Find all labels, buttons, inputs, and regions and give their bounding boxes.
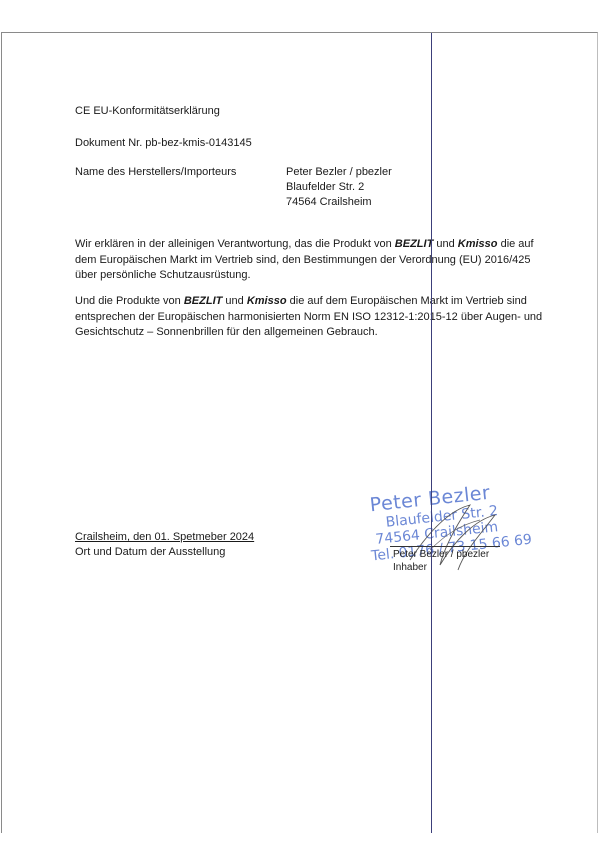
manufacturer-label: Name des Herstellers/Importeurs <box>75 165 236 179</box>
signer-name: Peter Bezler / pbezler <box>393 548 489 561</box>
manufacturer-city: 74564 Crailsheim <box>286 195 372 209</box>
page-frame <box>1 32 598 833</box>
manufacturer-name: Peter Bezler / pbezler <box>286 165 392 179</box>
vertical-rule-line <box>431 33 432 833</box>
brand-kmisso: Kmisso <box>247 295 287 307</box>
place-date: Crailsheim, den 01. Spetmeber 2024 <box>75 530 254 544</box>
brand-kmisso: Kmisso <box>458 238 498 250</box>
document-title: CE EU-Konformitätserklärung <box>75 104 220 118</box>
manufacturer-street: Blaufelder Str. 2 <box>286 180 364 194</box>
declaration-paragraph-2: Und die Produkte von BEZLIT und Kmisso d… <box>75 294 555 341</box>
document-number: Dokument Nr. pb-bez-kmis-0143145 <box>75 136 252 150</box>
signature-line <box>390 546 500 547</box>
place-date-label: Ort und Datum der Ausstellung <box>75 545 225 559</box>
brand-bezlit: BEZLIT <box>184 295 223 307</box>
brand-bezlit: BEZLIT <box>395 238 434 250</box>
declaration-paragraph-1: Wir erklären in der alleinigen Verantwor… <box>75 237 555 284</box>
signer-role: Inhaber <box>393 561 427 574</box>
